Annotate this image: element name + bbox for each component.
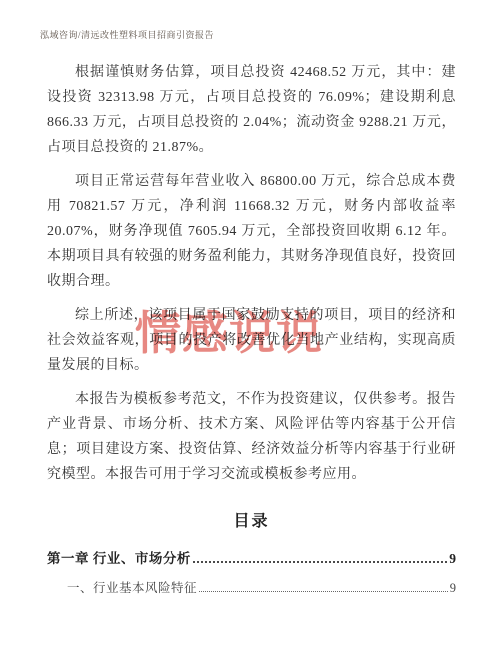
toc-title: 目录 xyxy=(47,508,456,531)
toc-entry-section-1-1[interactable]: 一、行业基本风险特征 9 xyxy=(67,578,456,596)
toc-entry-label: 第一章 行业、市场分析 xyxy=(47,547,191,567)
document-body: 根据谨慎财务估算，项目总投资 42468.52 万元，其中：建设投资 32313… xyxy=(47,60,456,596)
toc-entry-label: 一、行业基本风险特征 xyxy=(67,578,197,596)
table-of-contents: 第一章 行业、市场分析 9 一、行业基本风险特征 9 xyxy=(47,547,456,596)
body-paragraph-disclaimer: 本报告为模板参考范文，不作为投资建议，仅供参考。报告产业背景、市场分析、技术方案… xyxy=(47,387,456,487)
body-paragraph-conclusion: 综上所述，该项目属于国家鼓励支持的项目，项目的经济和社会效益客观，项目的投产将改… xyxy=(47,303,456,378)
toc-entry-page-number: 9 xyxy=(450,581,456,596)
body-paragraph-operating-results: 项目正常运营每年营业收入 86800.00 万元，综合总成本费用 70821.5… xyxy=(47,169,456,294)
body-paragraph-investment-summary: 根据谨慎财务估算，项目总投资 42468.52 万元，其中：建设投资 32313… xyxy=(47,60,456,160)
toc-entry-page-number: 9 xyxy=(449,551,456,567)
document-page: 泓域咨询/清远改性塑料项目招商引资报告 情感说说 根据谨慎财务估算，项目总投资 … xyxy=(0,0,500,647)
toc-dot-leader xyxy=(193,561,447,563)
page-header-running-title: 泓域咨询/清远改性塑料项目招商引资报告 xyxy=(40,28,214,41)
toc-entry-chapter-1[interactable]: 第一章 行业、市场分析 9 xyxy=(47,547,456,567)
toc-dot-leader xyxy=(199,591,448,592)
